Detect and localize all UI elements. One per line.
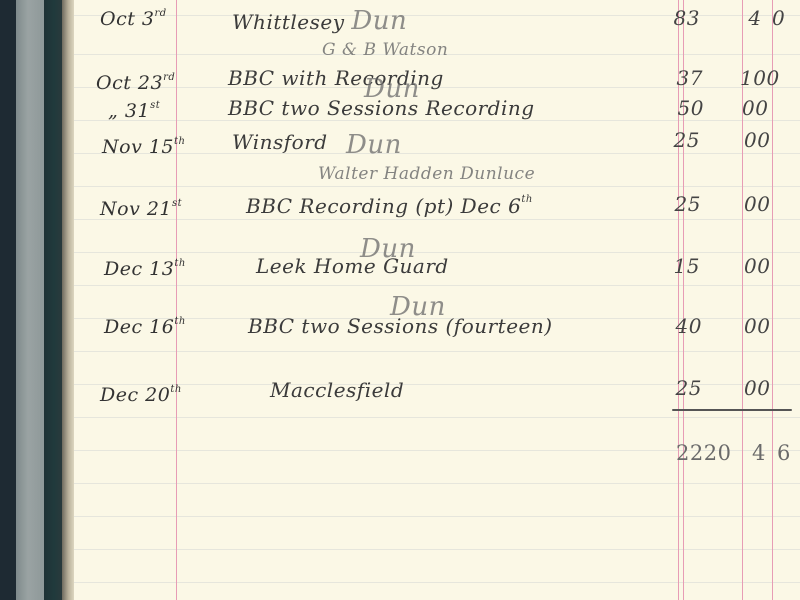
- entry-description: BBC two Sessions Recording: [228, 96, 535, 120]
- entry-signature: Dun: [346, 130, 402, 160]
- entry-pounds: 25: [640, 128, 700, 152]
- entry-shillings: 00: [744, 192, 770, 216]
- entry-date: Nov 21st: [100, 198, 182, 220]
- entry-shillings: 4: [735, 6, 775, 30]
- entry-description: Whittlesey Dun: [232, 6, 407, 36]
- entry-date: „ 31st: [108, 100, 160, 122]
- amount-column-rule-left-2: [683, 0, 684, 600]
- book-spine: [16, 0, 46, 600]
- entry-description: BBC Recording (pt) Dec 6th: [246, 194, 533, 218]
- entry-signature: Dun: [390, 292, 446, 322]
- book-cover: [0, 0, 16, 600]
- shillings-column-rule: [742, 0, 743, 600]
- entry-date: Oct 23rd: [96, 72, 175, 94]
- entry-date: Dec 16th: [104, 316, 186, 338]
- entry-description: Winsford: [232, 130, 328, 154]
- entry-pounds: 40: [642, 314, 702, 338]
- ledger-scan: Oct 3rd Whittlesey Dun 83 4 0 G & B Wats…: [0, 0, 800, 600]
- amount-column-rule-left: [678, 0, 679, 600]
- entry-pounds: 83: [640, 6, 700, 30]
- entry-note: Walter Hadden Dunluce: [318, 164, 535, 184]
- entry-shillings: 00: [742, 96, 768, 120]
- total-underline: [672, 409, 792, 411]
- total-pounds: 2220: [676, 441, 731, 465]
- total-shillings: 4: [752, 441, 766, 465]
- entry-description: Macclesfield: [270, 378, 404, 402]
- pence-column-rule: [772, 0, 773, 600]
- entry-pence: 0: [772, 6, 785, 30]
- entry-shillings: 00: [744, 376, 770, 400]
- entry-pounds: 50: [644, 96, 704, 120]
- entry-shillings: 100: [740, 66, 780, 90]
- entry-pounds: 25: [642, 376, 702, 400]
- entry-pounds: 25: [641, 192, 701, 216]
- entry-date: Oct 3rd: [100, 8, 167, 30]
- entry-shillings: 00: [744, 314, 770, 338]
- entry-note: G & B Watson: [322, 40, 448, 60]
- binding-edge: [44, 0, 64, 600]
- entry-pounds: 37: [643, 66, 703, 90]
- entry-date: Dec 13th: [104, 258, 186, 280]
- entry-date: Nov 15th: [102, 136, 185, 158]
- entry-shillings: 00: [744, 128, 770, 152]
- entry-pounds: 15: [640, 254, 700, 278]
- total-pence: 6: [777, 441, 791, 465]
- entry-description: Leek Home Guard: [256, 254, 449, 278]
- margin-rule: [176, 0, 177, 600]
- entry-date: Dec 20th: [100, 384, 182, 406]
- entry-signature: Dun: [360, 234, 416, 264]
- entry-shillings: 00: [744, 254, 770, 278]
